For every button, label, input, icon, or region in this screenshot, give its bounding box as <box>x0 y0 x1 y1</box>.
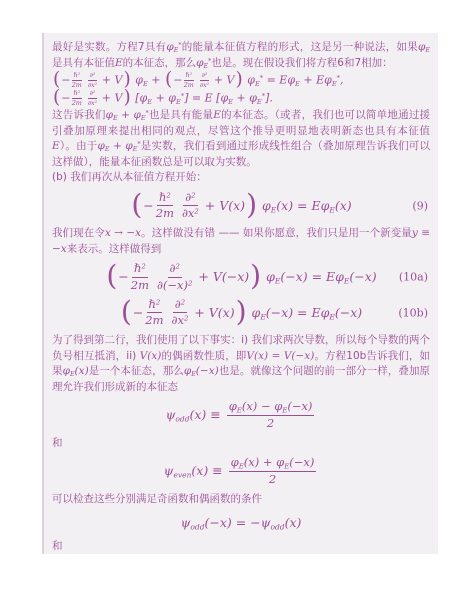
paragraph-superposition: 这告诉我们φE + φE*也是具有能量E的本征态。（或者，我们也可以简单地通过援… <box>52 108 430 170</box>
conjunction-and-1: 和 <box>52 436 430 452</box>
equation-sum-line1: (−ℏ22m ∂2∂x2 + V) φE + (−ℏ22m ∂2∂x2 + V)… <box>52 72 430 89</box>
equation-body: ψodd(x) ≡ φE(x) − φE(−x)2 <box>166 400 317 431</box>
equation-sum-line2: (−ℏ22m ∂2∂x2 + V) [φE + φE*] = E [φE + φ… <box>52 90 430 107</box>
equation-10b: (−ℏ22m ∂2∂x2 + V(x)) φE(−x) = EφE(−x) (1… <box>52 298 430 329</box>
equation-number: (10b) <box>398 305 428 321</box>
paragraph-check-conditions: 可以检查这些分别满足奇函数和偶函数的条件 <box>52 492 430 508</box>
conjunction-and-2: 和 <box>52 539 430 554</box>
equation-body: (−ℏ22m ∂2∂x2 + V) [φE + φE*] = E [φE + φ… <box>52 90 273 107</box>
equation-10a: (−ℏ22m ∂2∂(−x)2 + V(−x)) φE(−x) = EφE(−x… <box>52 262 430 293</box>
equation-body: (−ℏ22m ∂2∂x2 + V) φE + (−ℏ22m ∂2∂x2 + V)… <box>52 72 343 89</box>
equation-body: ψeven(x) ≡ φE(x) + φE(−x)2 <box>164 456 319 487</box>
page: { "colors": { "text": "#9b4d96", "panel_… <box>0 0 463 600</box>
equation-number: (9) <box>412 198 428 214</box>
equation-body: (−ℏ22m ∂2∂(−x)2 + V(−x)) φE(−x) = EφE(−x… <box>105 262 376 293</box>
equation-body: (−ℏ22m ∂2∂x2 + V(x)) φE(x) = EφE(x) <box>130 191 351 222</box>
equation-odd-parity: ψodd(−x) = −ψodd(x) <box>52 515 430 531</box>
equation-body: ψodd(−x) = −ψodd(x) <box>181 515 302 531</box>
paragraph-parity-transform: 我们现在令x → −x。这样做没有错 —— 如果你愿意，我们只是用一个新变量y … <box>52 226 430 257</box>
equation-number: (10a) <box>399 270 428 286</box>
document-panel: 最好是实数。方程7具有φE*的能量本征值方程的形式，这是另一种说法，如果φE是具… <box>42 33 438 554</box>
paragraph-part-b: (b) 我们再次从本征值方程开始： <box>52 170 430 186</box>
equation-psi-even: ψeven(x) ≡ φE(x) + φE(−x)2 <box>52 456 430 487</box>
paragraph-intro: 最好是实数。方程7具有φE*的能量本征值方程的形式，这是另一种说法，如果φE是具… <box>52 40 430 71</box>
equation-body: (−ℏ22m ∂2∂x2 + V(x)) φE(−x) = EφE(−x) <box>120 298 362 329</box>
equation-psi-odd: ψodd(x) ≡ φE(x) − φE(−x)2 <box>52 400 430 431</box>
paragraph-derivation-facts: 为了得到第二行，我们使用了以下事实：i) 我们求两次导数，所以每个导数的两个负号… <box>52 333 430 395</box>
equation-9: (−ℏ22m ∂2∂x2 + V(x)) φE(x) = EφE(x) (9) <box>52 191 430 222</box>
